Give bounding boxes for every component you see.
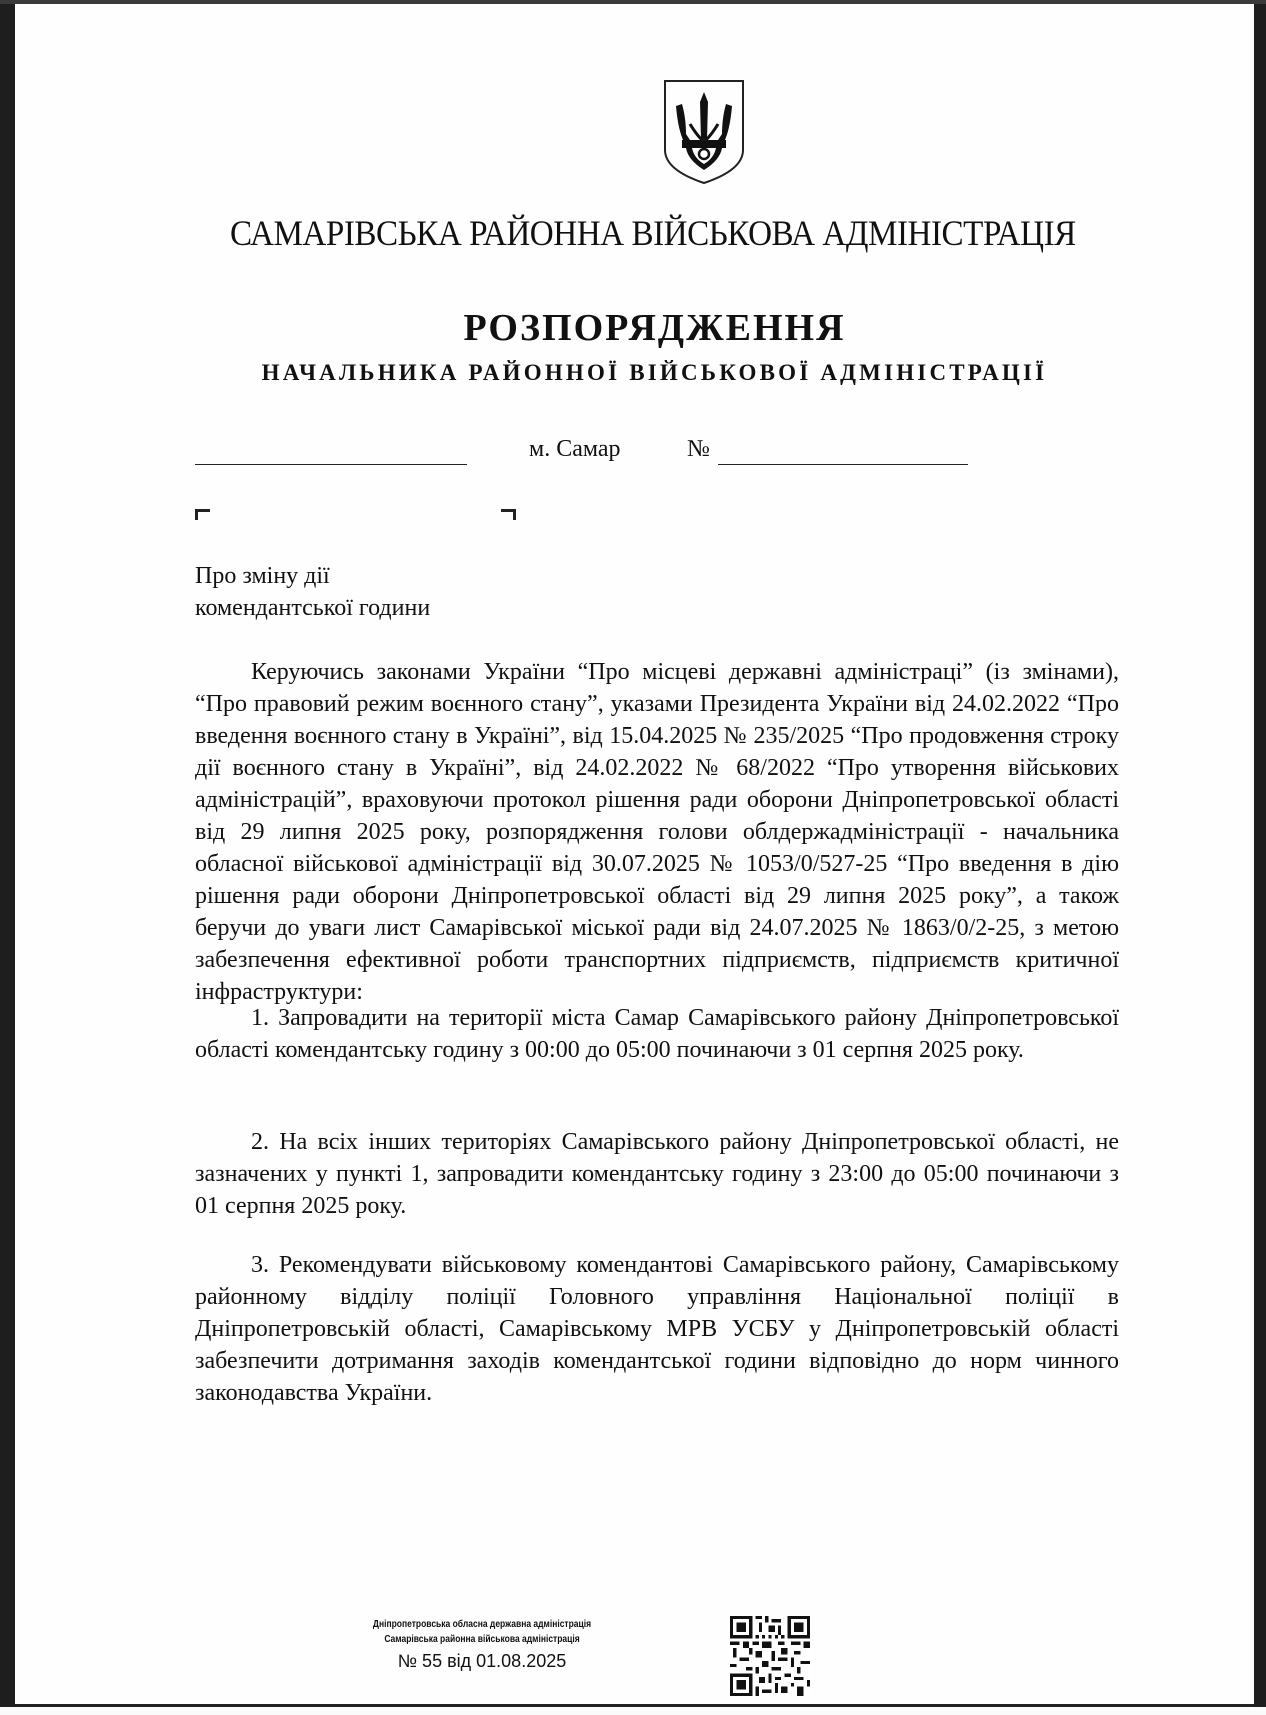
corner-bracket-right — [501, 509, 516, 520]
number-field-blank — [718, 464, 968, 465]
order-item-3: 3. Рекомендувати військовому комендантов… — [195, 1249, 1119, 1409]
qr-code-icon — [730, 1616, 810, 1696]
subject-line-2: комендантської години — [195, 592, 430, 624]
order-item-1: 1. Запровадити на території міста Самар … — [195, 1002, 1119, 1066]
order-item-text: 2. На всіх інших територіях Самарівськог… — [195, 1126, 1119, 1222]
registration-number: № 55 від 01.08.2025 — [347, 1650, 617, 1672]
document-subject: Про зміну дії комендантської години — [195, 560, 430, 624]
preamble-text: Керуючись законами України “Про місцеві … — [195, 656, 1119, 1008]
document-page: САМАРІВСЬКА РАЙОННА ВІЙСЬКОВА АДМІНІСТРА… — [15, 4, 1254, 1706]
stamp-line-1: Дніпропетровська обласна державна адміні… — [367, 1618, 597, 1632]
registration-stamp: Дніпропетровська обласна державна адміні… — [347, 1618, 617, 1672]
viewer-frame-bottom — [0, 1707, 1266, 1715]
coat-of-arms-icon — [662, 78, 746, 186]
document-type-heading: РОЗПОРЯДЖЕННЯ — [15, 306, 1254, 350]
order-item-text: 3. Рекомендувати військовому комендантов… — [195, 1249, 1119, 1409]
preamble-paragraph: Керуючись законами України “Про місцеві … — [195, 656, 1119, 1008]
corner-bracket-left — [195, 509, 210, 520]
order-item-2: 2. На всіх інших територіях Самарівськог… — [195, 1126, 1119, 1222]
subject-line-1: Про зміну дії — [195, 560, 430, 592]
stamp-line-2: Самарівська районна військова адміністра… — [367, 1632, 597, 1648]
number-sign-label: № — [687, 436, 710, 463]
organization-title: САМАРІВСЬКА РАЙОННА ВІЙСЬКОВА АДМІНІСТРА… — [65, 212, 1205, 254]
place-label: м. Самар — [529, 436, 621, 463]
date-field-blank — [195, 464, 467, 465]
order-item-text: 1. Запровадити на території міста Самар … — [195, 1002, 1119, 1066]
document-subtitle: НАЧАЛЬНИКА РАЙОННОЇ ВІЙСЬКОВОЇ АДМІНІСТР… — [15, 360, 1254, 386]
